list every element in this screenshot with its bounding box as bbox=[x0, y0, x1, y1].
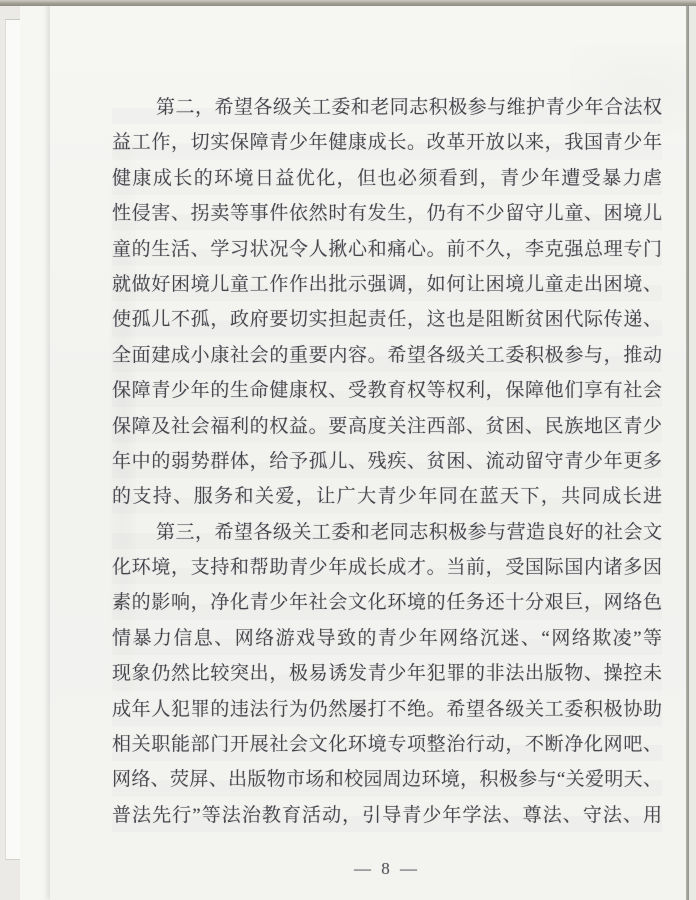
document-body: 第二，希望各级关工委和老同志积极参与维护青少年合法权 益工作，切实保障青少年健康… bbox=[112, 90, 662, 833]
text-line: 成年人犯罪的违法行为仍然屡打不绝。希望各级关工委积极协助 bbox=[112, 692, 662, 727]
paragraph-third: 第三，希望各级关工委和老同志积极参与营造良好的社会文 化环境，支持和帮助青少年成… bbox=[112, 515, 662, 834]
text-line: 保障青少年的生命健康权、受教育权等权利，保障他们享有社会 bbox=[112, 373, 662, 408]
paper-edge-under-middle bbox=[20, 6, 52, 900]
text-line: 童的生活、学习状况令人揪心和痛心。前不久，李克强总理专门 bbox=[112, 232, 662, 267]
page-number: — 8 — bbox=[112, 857, 662, 881]
paragraph-second: 第二，希望各级关工委和老同志积极参与维护青少年合法权 益工作，切实保障青少年健康… bbox=[112, 90, 662, 515]
text-line: 年中的弱势群体，给予孤儿、残疾、贫困、流动留守青少年更多 bbox=[112, 444, 662, 479]
text-line: 保障及社会福利的权益。要高度关注西部、贫困、民族地区青少 bbox=[112, 409, 662, 444]
text-line: 素的影响，净化青少年社会文化环境的任务还十分艰巨，网络色 bbox=[112, 585, 662, 620]
text-line: 化环境，支持和帮助青少年成长成才。当前，受国际国内诸多因 bbox=[112, 550, 662, 585]
scanner-edge-top bbox=[0, 0, 696, 6]
text-line: 的支持、服务和关爱，让广大青少年同在蓝天下，共同成长进步。 bbox=[112, 479, 662, 514]
text-line: 第三，希望各级关工委和老同志积极参与营造良好的社会文 bbox=[112, 515, 662, 550]
text-line: 情暴力信息、网络游戏导致的青少年网络沉迷、“网络欺凌”等 bbox=[112, 621, 662, 656]
text-line: 性侵害、拐卖等事件依然时有发生，仍有不少留守儿童、困境儿 bbox=[112, 196, 662, 231]
text-line: 第二，希望各级关工委和老同志积极参与维护青少年合法权 bbox=[112, 90, 662, 125]
text-line: 网络、荧屏、出版物市场和校园周边环境，积极参与“关爱明天、 bbox=[112, 762, 662, 797]
text-line: 相关职能部门开展社会文化环境专项整治行动，不断净化网吧、 bbox=[112, 727, 662, 762]
text-line: 普法先行”等法治教育活动，引导青少年学法、尊法、守法、用 bbox=[112, 798, 662, 833]
text-line: 使孤儿不孤，政府要切实担起责任，这也是阻断贫困代际传递、 bbox=[112, 302, 662, 337]
text-line: 益工作，切实保障青少年健康成长。改革开放以来，我国青少年 bbox=[112, 125, 662, 160]
text-line: 现象仍然比较突出，极易诱发青少年犯罪的非法出版物、操控未 bbox=[112, 656, 662, 691]
text-line: 健康成长的环境日益优化，但也必须看到，青少年遭受暴力虐待、 bbox=[112, 161, 662, 196]
text-line: 就做好困境儿童工作作出批示强调，如何让困境儿童走出困境、 bbox=[112, 267, 662, 302]
paper-edge-right bbox=[689, 2, 696, 900]
text-line: 全面建成小康社会的重要内容。希望各级关工委积极参与，推动 bbox=[112, 338, 662, 373]
